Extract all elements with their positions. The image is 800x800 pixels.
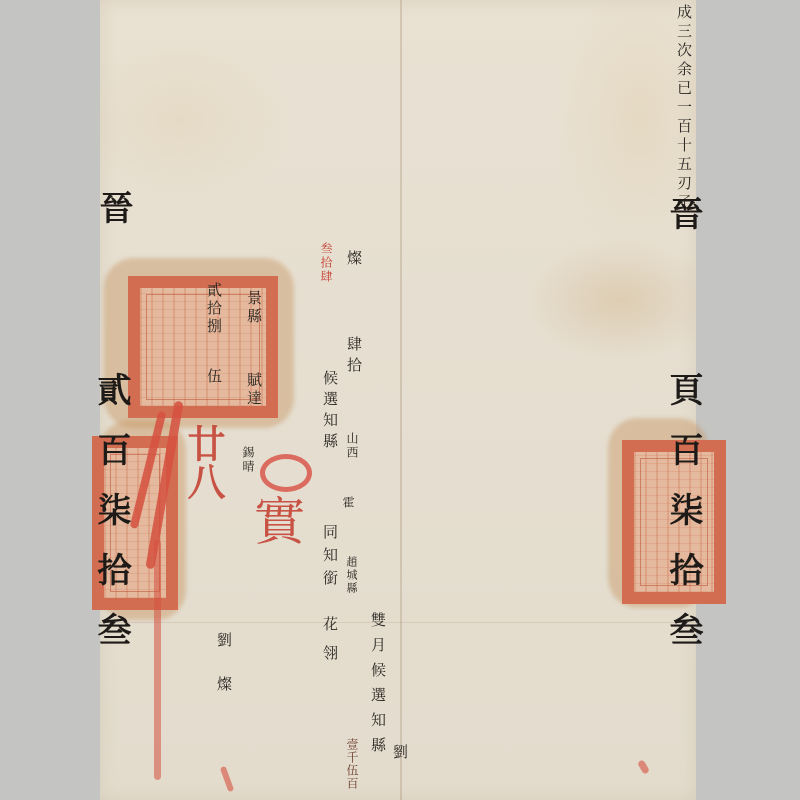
place-xiqing: 錫晴 bbox=[242, 446, 254, 474]
column-zhaocheng: 趙城縣 bbox=[346, 556, 357, 595]
red-number-1500: 壹千伍百 bbox=[346, 738, 358, 790]
red-number-34: 叁拾肆 bbox=[320, 242, 332, 284]
vermilion-long-stroke bbox=[154, 540, 161, 780]
column-tongzhi: 同知銜 bbox=[322, 524, 337, 593]
vermilion-tick bbox=[220, 766, 235, 792]
column-double-month: 雙月候選知縣 bbox=[370, 612, 385, 762]
name-liu: 劉 bbox=[216, 632, 231, 647]
large-char-right-column: 頁百柒拾叁 bbox=[666, 372, 700, 672]
center-fold-line bbox=[400, 0, 402, 800]
seal-text-five: 伍 bbox=[206, 368, 221, 383]
seal-text-tax: 賦達 bbox=[246, 372, 261, 408]
top-right-note: 成三次余已一百十五刃子 bbox=[676, 4, 691, 213]
column-liu: 劉 bbox=[392, 744, 407, 759]
column-huo: 霍 bbox=[342, 496, 354, 508]
large-char-left-column: 貳百柒拾叁 bbox=[94, 372, 128, 672]
vermilion-dot bbox=[637, 759, 650, 775]
document-paper: 成三次余已一百十五刃子 景縣 賦達 貳拾捌 伍 晉 貳百柒拾叁 晉 頁百柒拾叁 … bbox=[100, 0, 696, 800]
seal-text-number: 貳拾捌 bbox=[206, 282, 221, 336]
column-can: 燦 bbox=[346, 250, 361, 265]
large-char-left-0: 晉 bbox=[96, 190, 130, 250]
vermilion-number-28: 廿八 bbox=[184, 424, 222, 500]
column-candidate-magistrate: 候選知縣 bbox=[322, 370, 337, 454]
vermilion-circle bbox=[260, 454, 312, 492]
name-can: 燦 bbox=[216, 676, 231, 691]
large-char-right-0: 晉 bbox=[666, 196, 700, 256]
column-shanxi: 山西 bbox=[346, 432, 358, 460]
horizontal-fold-line bbox=[100, 622, 696, 623]
column-forty: 肆拾 bbox=[346, 336, 361, 378]
seal-text-county: 景縣 bbox=[246, 290, 261, 326]
vermilion-character-shi: 實 bbox=[248, 494, 300, 546]
column-hualing: 花翎 bbox=[322, 616, 337, 674]
